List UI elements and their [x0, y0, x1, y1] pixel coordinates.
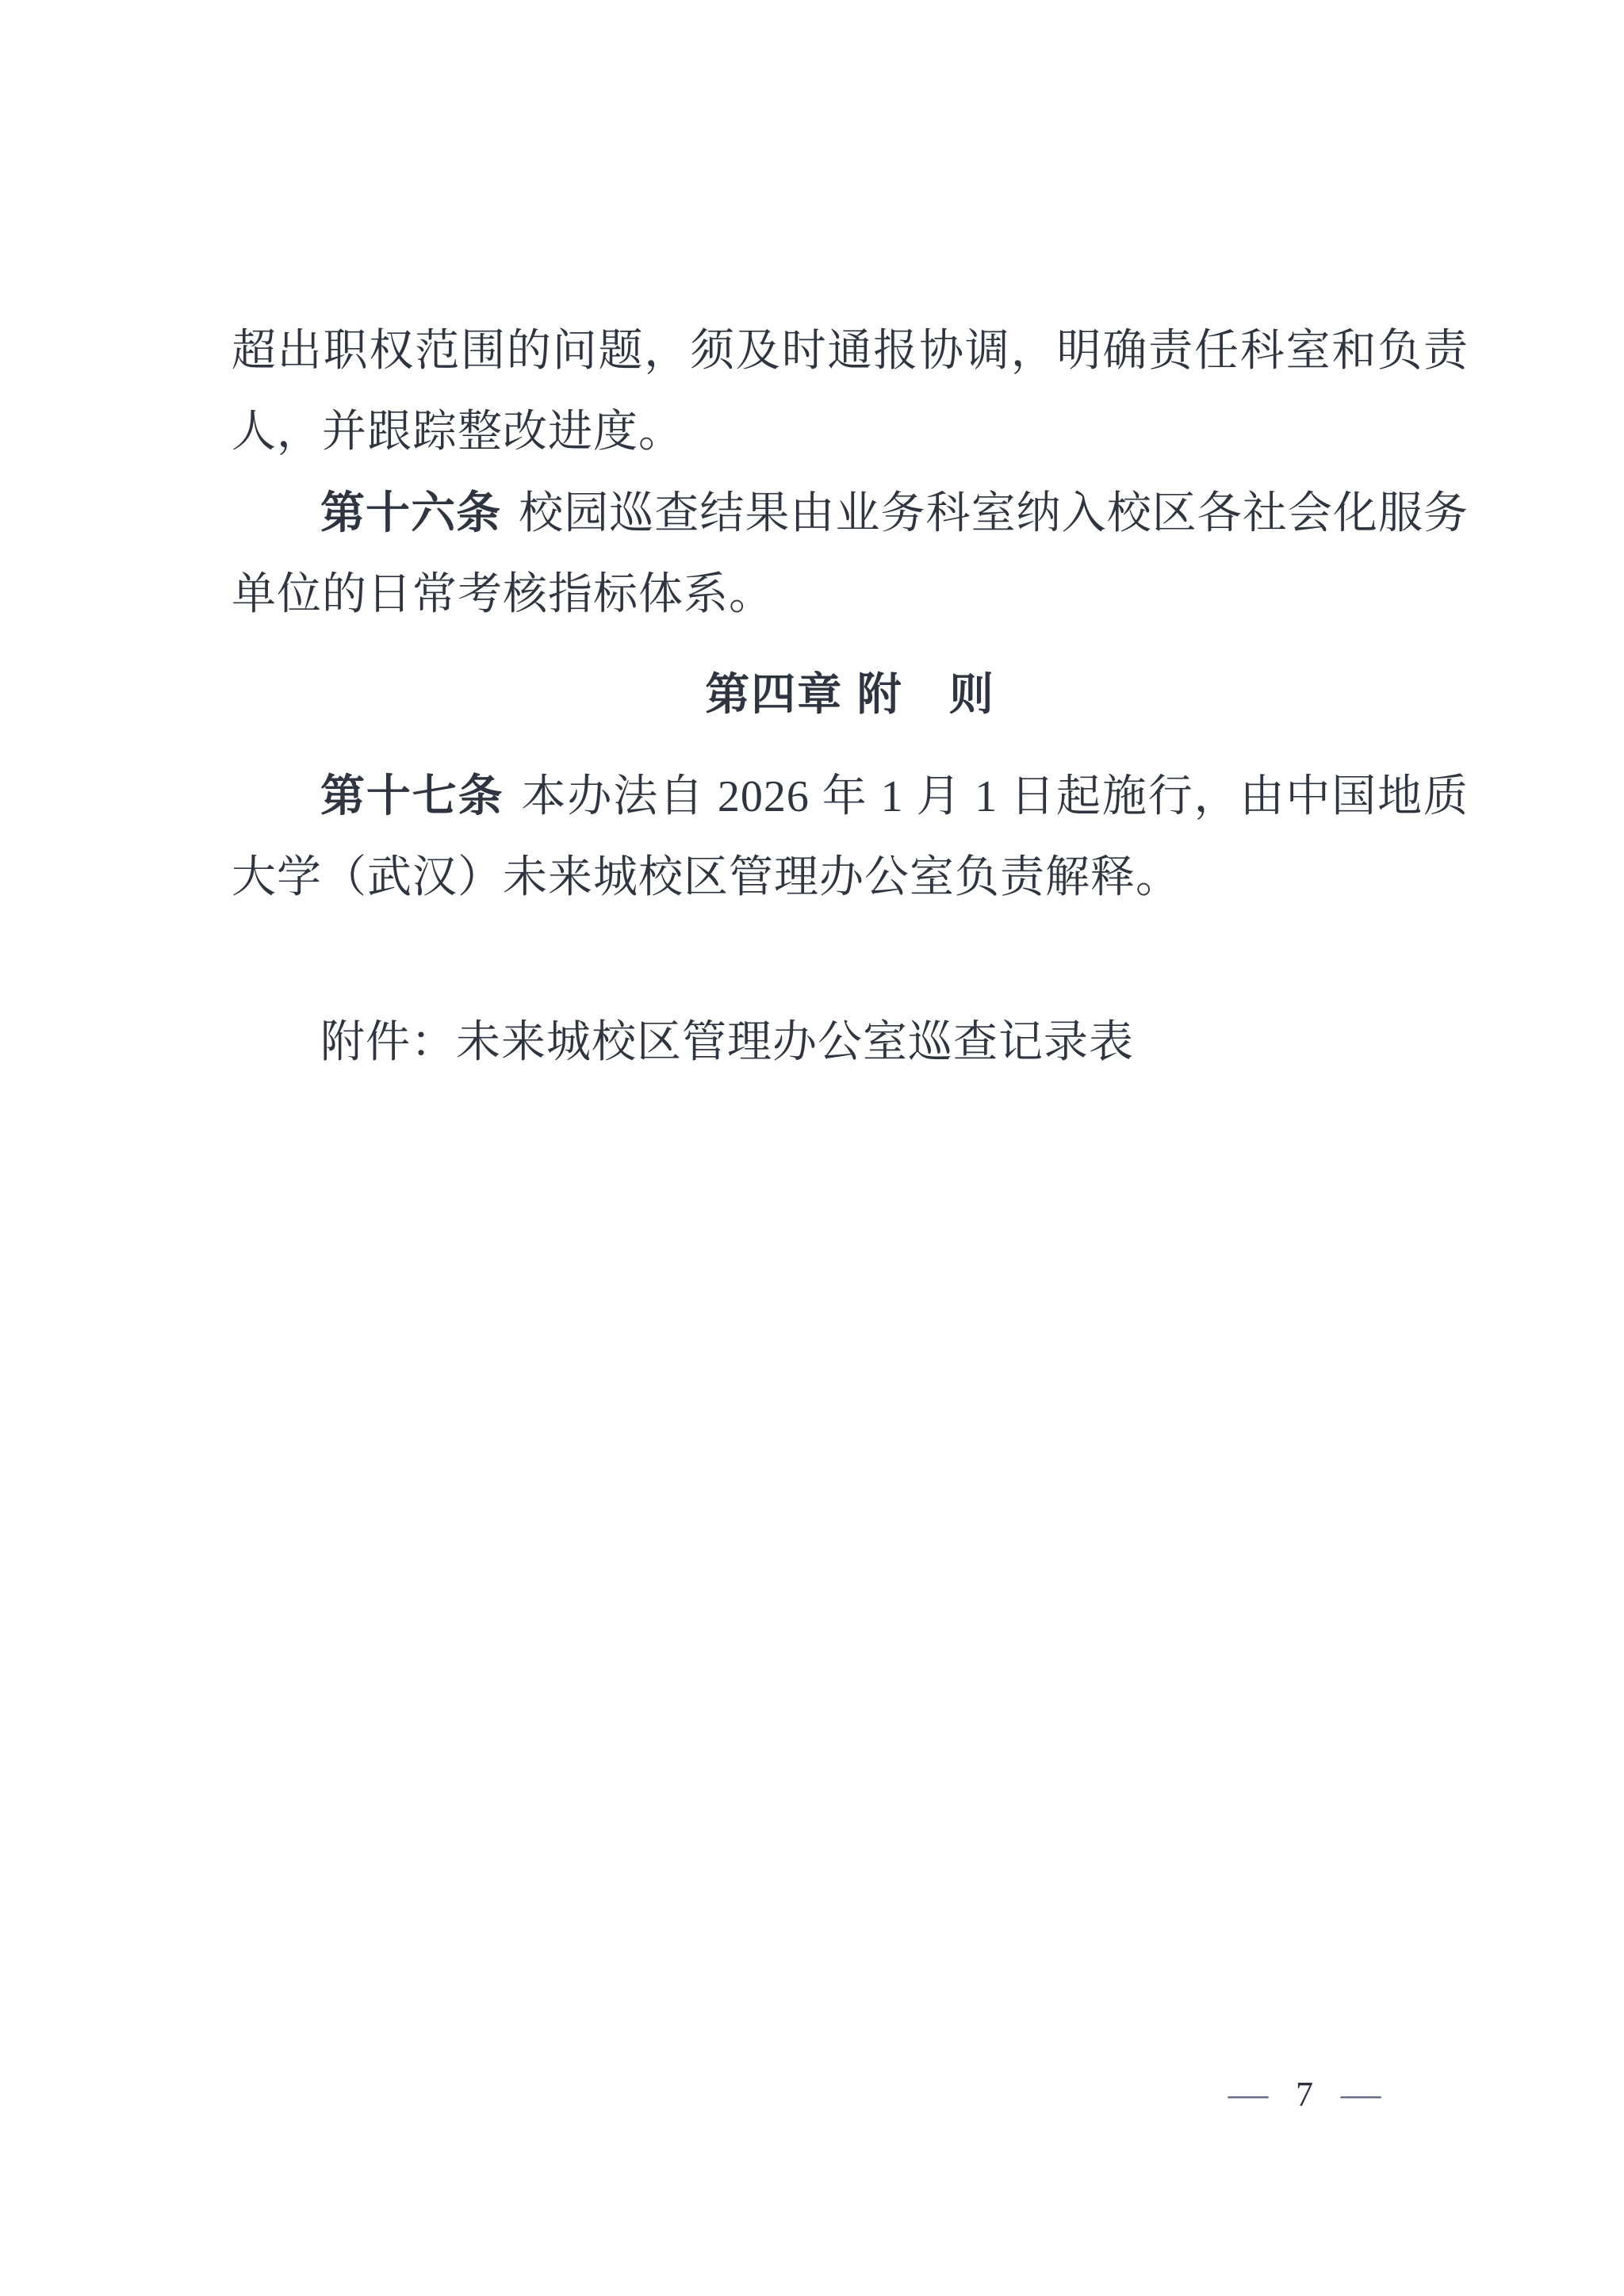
document-page: 超出职权范围的问题，须及时通报协调，明确责任科室和负责人，并跟踪整改进度。 第十… [0, 0, 1624, 2296]
attachment-line: 附件：未来城校区管理办公室巡查记录表 [232, 1002, 1469, 1083]
article-16-term: 第十六条 [320, 488, 501, 538]
page-footer: — 7 — [1231, 2071, 1378, 2118]
page-number: 7 [1296, 2071, 1313, 2118]
footer-dash-right: — [1341, 2071, 1381, 2118]
footer-dash-left: — [1228, 2071, 1269, 2118]
chapter-heading: 第四章 附 则 [232, 654, 1469, 735]
paragraph-continuation-text: 超出职权范围的问题，须及时通报协调，明确责任科室和负责人，并跟踪整改进度。 [232, 327, 1469, 457]
article-17-paragraph: 第十七条本办法自 2026 年 1 月 1 日起施行，由中国地质大学（武汉）未来… [232, 756, 1469, 918]
article-16-paragraph: 第十六条校园巡查结果由业务科室纳入校区各社会化服务单位的日常考核指标体系。 [232, 473, 1469, 635]
document-body: 超出职权范围的问题，须及时通报协调，明确责任科室和负责人，并跟踪整改进度。 第十… [232, 311, 1469, 1083]
article-17-term: 第十七条 [320, 771, 504, 821]
paragraph-continuation: 超出职权范围的问题，须及时通报协调，明确责任科室和负责人，并跟踪整改进度。 [232, 311, 1469, 473]
